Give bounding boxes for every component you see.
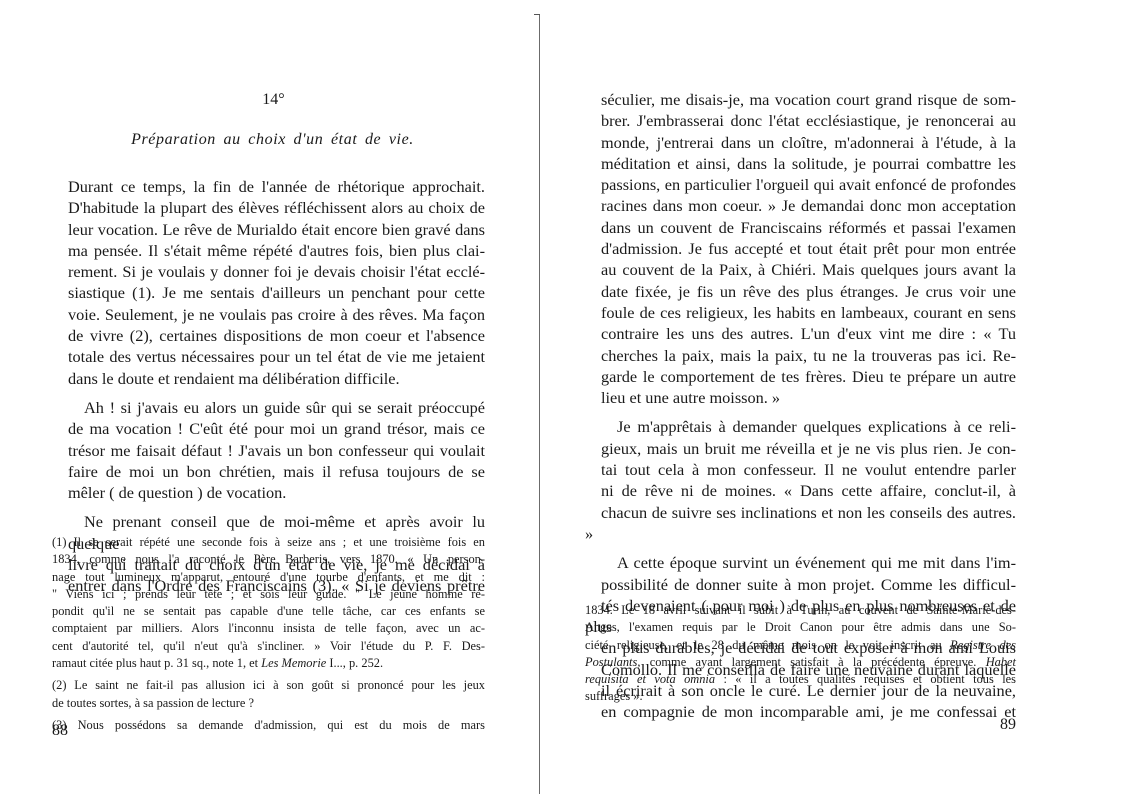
text-line: faire de moi un bon chrétien, mais il re… bbox=[52, 461, 485, 482]
text-line: D'habitude la plupart des élèves réfléch… bbox=[52, 197, 485, 218]
text-line: dans le doute et rendaient ma délibérati… bbox=[52, 368, 485, 389]
text-line: ni de rêve ni de moines. « Dans cette af… bbox=[585, 480, 1016, 501]
footnote-line: nage tout lumineux m'apparut, entouré d'… bbox=[52, 569, 485, 586]
footnote-text: , comme ayant largement satisfait à la p… bbox=[637, 655, 985, 669]
footnote-text: ciété religieuse, et le 28 du même mois … bbox=[585, 638, 950, 652]
footnote-line: pondit qu'il ne se sentait pas capable d… bbox=[52, 603, 485, 620]
paragraph: Je m'apprêtais à demander quelques expli… bbox=[585, 416, 1016, 544]
text-line: ma pensée. Il s'était même répété d'autr… bbox=[52, 240, 485, 261]
text-line: cherches la paix, mais la paix, tu ne la… bbox=[585, 345, 1016, 366]
footnote-line: (3) Nous possédons sa demande d'admissio… bbox=[52, 717, 485, 734]
text-line: A cette époque survint un événement qui … bbox=[585, 552, 1016, 573]
text-line: totale des vertus nécessaires pour un te… bbox=[52, 346, 485, 367]
left-page: 14° Préparation au choix d'un état de vi… bbox=[52, 0, 485, 794]
footnote-line: (2) Le saint ne fait-il pas allusion ici… bbox=[52, 677, 485, 694]
right-page: séculier, me disais-je, ma vocation cour… bbox=[585, 0, 1016, 794]
footnote-3: (3) Nous possédons sa demande d'admissio… bbox=[52, 717, 485, 734]
text-line: Durant ce temps, la fin de l'année de rh… bbox=[52, 176, 485, 197]
text-line: Ah ! si j'avais eu alors un guide sûr qu… bbox=[52, 397, 485, 418]
text-line: méditation et ainsi, dans la solitude, j… bbox=[585, 153, 1016, 174]
text-line: trésor me faisait défaut ! J'avais un bo… bbox=[52, 440, 485, 461]
footnote-line: (1) Il se serait répété une seconde fois… bbox=[52, 534, 485, 551]
text-line: dans un couvent de Franciscains réformés… bbox=[585, 217, 1016, 238]
right-footnotes: 1834. Le 18 avril suivant il subit à Tur… bbox=[585, 602, 1016, 711]
footnote-line: 1834, comme nous l'a raconté le Père Bar… bbox=[52, 551, 485, 568]
footnote-1: (1) Il se serait répété une seconde fois… bbox=[52, 534, 485, 672]
book-title-italic: Les Memorie bbox=[261, 656, 326, 670]
paragraph: Ah ! si j'avais eu alors un guide sûr qu… bbox=[52, 397, 485, 503]
text-line: Je m'apprêtais à demander quelques expli… bbox=[585, 416, 1016, 437]
latin-quote-italic: requisita et vota omnia bbox=[585, 672, 715, 686]
paragraph: séculier, me disais-je, ma vocation cour… bbox=[585, 89, 1016, 408]
text-line: possibilité de donner suite à mon projet… bbox=[585, 574, 1016, 595]
footnote-3-continued: 1834. Le 18 avril suivant il subit à Tur… bbox=[585, 602, 1016, 706]
footnote-line: ramaut citée plus haut p. 31 sq., note 1… bbox=[52, 655, 485, 672]
page-gutter bbox=[539, 14, 540, 794]
text-line: passions, en particulier l'orgueil qui a… bbox=[585, 174, 1016, 195]
footnote-text: : « il a toutes qualités requises et obt… bbox=[715, 672, 1016, 686]
footnote-text: ramaut citée plus haut p. 31 sq., note 1… bbox=[52, 656, 261, 670]
text-line: date fixée, je fis un rêve des plus étra… bbox=[585, 281, 1016, 302]
footnote-line: ciété religieuse, et le 28 du même mois … bbox=[585, 637, 1016, 654]
text-line: au couvent de la Paix, à Chiéri. Mais qu… bbox=[585, 259, 1016, 280]
paragraph: Durant ce temps, la fin de l'année de rh… bbox=[52, 176, 485, 389]
page-number-right: 89 bbox=[1000, 716, 1016, 734]
text-line: séculier, me disais-je, ma vocation cour… bbox=[585, 89, 1016, 110]
left-footnotes: (1) Il se serait répété une seconde fois… bbox=[52, 534, 485, 739]
footnote-line: cent d'autorité tel, qu'il n'eut qu'à s'… bbox=[52, 638, 485, 655]
footnote-line: Anges, l'examen requis par le Droit Cano… bbox=[585, 619, 1016, 636]
book-spread: 14° Préparation au choix d'un état de vi… bbox=[0, 0, 1123, 794]
text-line: foule de ces religieux, les habits en la… bbox=[585, 302, 1016, 323]
text-line: brer. J'embrasserai donc l'état ecclésia… bbox=[585, 110, 1016, 131]
footnote-line: de toutes sortes, à sa passion de lectur… bbox=[52, 695, 485, 712]
text-line: tai tout cela à mon confesseur. Il ne vo… bbox=[585, 459, 1016, 480]
text-line: monde, j'entrerai dans un cloître, m'ado… bbox=[585, 132, 1016, 153]
register-title-italic: Postulants bbox=[585, 655, 637, 669]
footnote-text: I..., p. 252. bbox=[326, 656, 383, 670]
footnote-line: comptaient par milliers. Alors l'inconnu… bbox=[52, 620, 485, 637]
register-title-italic: Registre des bbox=[950, 638, 1016, 652]
text-line: chacun de suivre ses inclinations et non… bbox=[585, 502, 1016, 545]
latin-quote-italic: Habet bbox=[986, 655, 1016, 669]
text-line: racines dans mon coeur. » Je demandai do… bbox=[585, 195, 1016, 216]
text-line: siastique (1). Je me sentais d'ailleurs … bbox=[52, 282, 485, 303]
footnote-line: 1834. Le 18 avril suivant il subit à Tur… bbox=[585, 602, 1016, 619]
footnote-line: requisita et vota omnia : « il a toutes … bbox=[585, 671, 1016, 688]
text-line: gieux, mais un bruit me réveilla et je n… bbox=[585, 438, 1016, 459]
text-line: leur vocation. Le rêve de Murialdo était… bbox=[52, 219, 485, 240]
text-line: mêler ( de question ) de vocation. bbox=[52, 482, 485, 503]
chapter-number: 14° bbox=[52, 91, 485, 109]
text-line: d'admission. Je fus accepté et tout étai… bbox=[585, 238, 1016, 259]
footnote-line: " Viens ici ; prends leur tête ; et sois… bbox=[52, 586, 485, 603]
gutter-mark bbox=[534, 14, 540, 15]
text-line: voie. Seulement, je ne voulais pas croir… bbox=[52, 304, 485, 325]
text-line: de ma vocation ! C'eût été pour moi un g… bbox=[52, 418, 485, 439]
page-number-left: 88 bbox=[52, 722, 68, 740]
text-line: rement. Si je voulais y donner foi je de… bbox=[52, 261, 485, 282]
footnote-2: (2) Le saint ne fait-il pas allusion ici… bbox=[52, 677, 485, 712]
text-line: garde le comportement de tes frères. Die… bbox=[585, 366, 1016, 387]
text-line: lieu et une autre moisson. » bbox=[585, 387, 1016, 408]
text-line: contraire les uns des autres. L'un d'eux… bbox=[585, 323, 1016, 344]
text-line: de vivre (2), certaines dispositions de … bbox=[52, 325, 485, 346]
footnote-line: suffrages ». bbox=[585, 688, 1016, 705]
footnote-line: Postulants, comme ayant largement satisf… bbox=[585, 654, 1016, 671]
chapter-title: Préparation au choix d'un état de vie. bbox=[52, 131, 485, 149]
